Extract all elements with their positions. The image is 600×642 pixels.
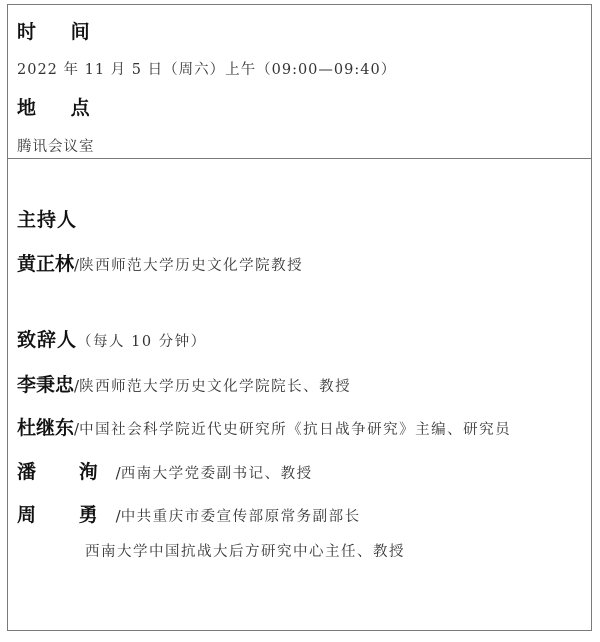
speakers-heading: 致辞人 (17, 329, 77, 351)
person-name: 黄正林 (17, 253, 74, 275)
speakers-note: （每人 10 分钟） (77, 334, 207, 350)
person-title: 西南大学党委副书记、教授 (121, 466, 313, 482)
speaker-entry: 潘 洵/西南大学党委副书记、教授 (17, 457, 313, 484)
person-name: 周 勇 (17, 504, 116, 526)
person-name: 李秉忠 (17, 374, 74, 396)
person-title: 陕西师范大学历史文化学院教授 (79, 258, 303, 274)
time-value: 2022 年 11 月 5 日（周六）上午（09:00—09:40） (17, 58, 396, 79)
person-title: 中国社会科学院近代史研究所《抗日战争研究》主编、研究员 (79, 422, 511, 438)
person-name: 杜继东 (17, 417, 74, 439)
person-title-continued: 西南大学中国抗战大后方研究中心主任、教授 (85, 540, 405, 561)
time-heading: 时 间 (17, 17, 104, 44)
section-divider (7, 158, 592, 159)
person-title: 陕西师范大学历史文化学院院长、教授 (79, 379, 351, 395)
place-heading: 地 点 (17, 93, 104, 120)
host-entry: 黄正林/陕西师范大学历史文化学院教授 (17, 249, 303, 276)
host-heading: 主持人 (17, 205, 77, 232)
speaker-entry: 李秉忠/陕西师范大学历史文化学院院长、教授 (17, 370, 351, 397)
person-name: 潘 洵 (17, 461, 116, 483)
speaker-entry: 杜继东/中国社会科学院近代史研究所《抗日战争研究》主编、研究员 (17, 413, 511, 440)
speakers-heading-row: 致辞人（每人 10 分钟） (17, 325, 207, 352)
place-value: 腾讯会议室 (17, 135, 95, 156)
speaker-entry: 周 勇/中共重庆市委宣传部原常务副部长 (17, 500, 361, 527)
person-title: 中共重庆市委宣传部原常务副部长 (121, 509, 361, 525)
